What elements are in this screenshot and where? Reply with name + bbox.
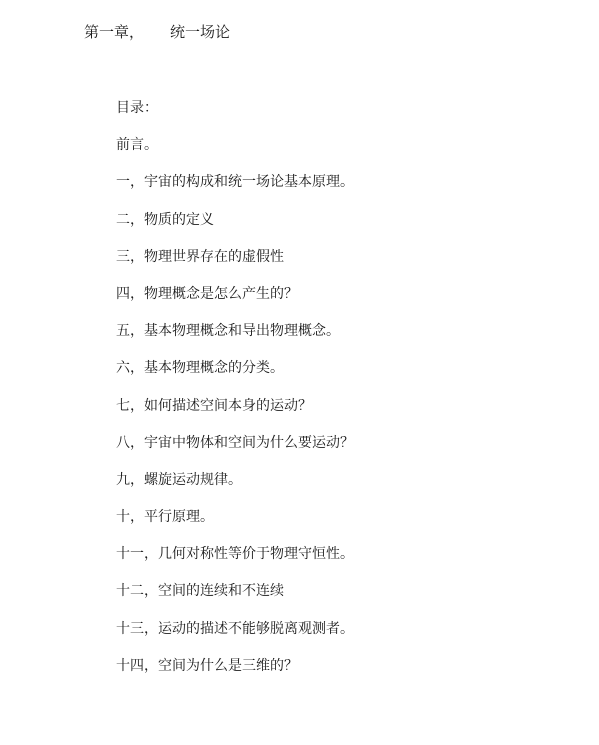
toc-item: 二，物质的定义	[116, 210, 354, 230]
toc-item: 前言。	[116, 135, 354, 155]
toc-item: 十四，空间为什么是三维的？	[116, 656, 354, 676]
toc-item: 十三，运动的描述不能够脱离观测者。	[116, 619, 354, 639]
toc-item: 十二，空间的连续和不连续	[116, 581, 354, 601]
toc-item: 九，螺旋运动规律。	[116, 470, 354, 490]
toc-item: 六，基本物理概念的分类。	[116, 358, 354, 378]
chapter-label: 第一章，	[84, 23, 144, 41]
table-of-contents: 目录： 前言。 一，宇宙的构成和统一场论基本原理。 二，物质的定义 三，物理世界…	[116, 98, 354, 693]
toc-item: 七，如何描述空间本身的运动？	[116, 396, 354, 416]
toc-item: 四，物理概念是怎么产生的？	[116, 284, 354, 304]
chapter-title: 统一场论	[170, 23, 230, 41]
toc-item: 三，物理世界存在的虚假性	[116, 247, 354, 267]
chapter-heading: 第一章，统一场论	[84, 22, 230, 42]
toc-heading: 目录：	[116, 98, 354, 118]
toc-item: 一，宇宙的构成和统一场论基本原理。	[116, 172, 354, 192]
toc-item: 十，平行原理。	[116, 507, 354, 527]
toc-item: 十一，几何对称性等价于物理守恒性。	[116, 544, 354, 564]
toc-item: 八，宇宙中物体和空间为什么要运动？	[116, 433, 354, 453]
toc-item: 五，基本物理概念和导出物理概念。	[116, 321, 354, 341]
